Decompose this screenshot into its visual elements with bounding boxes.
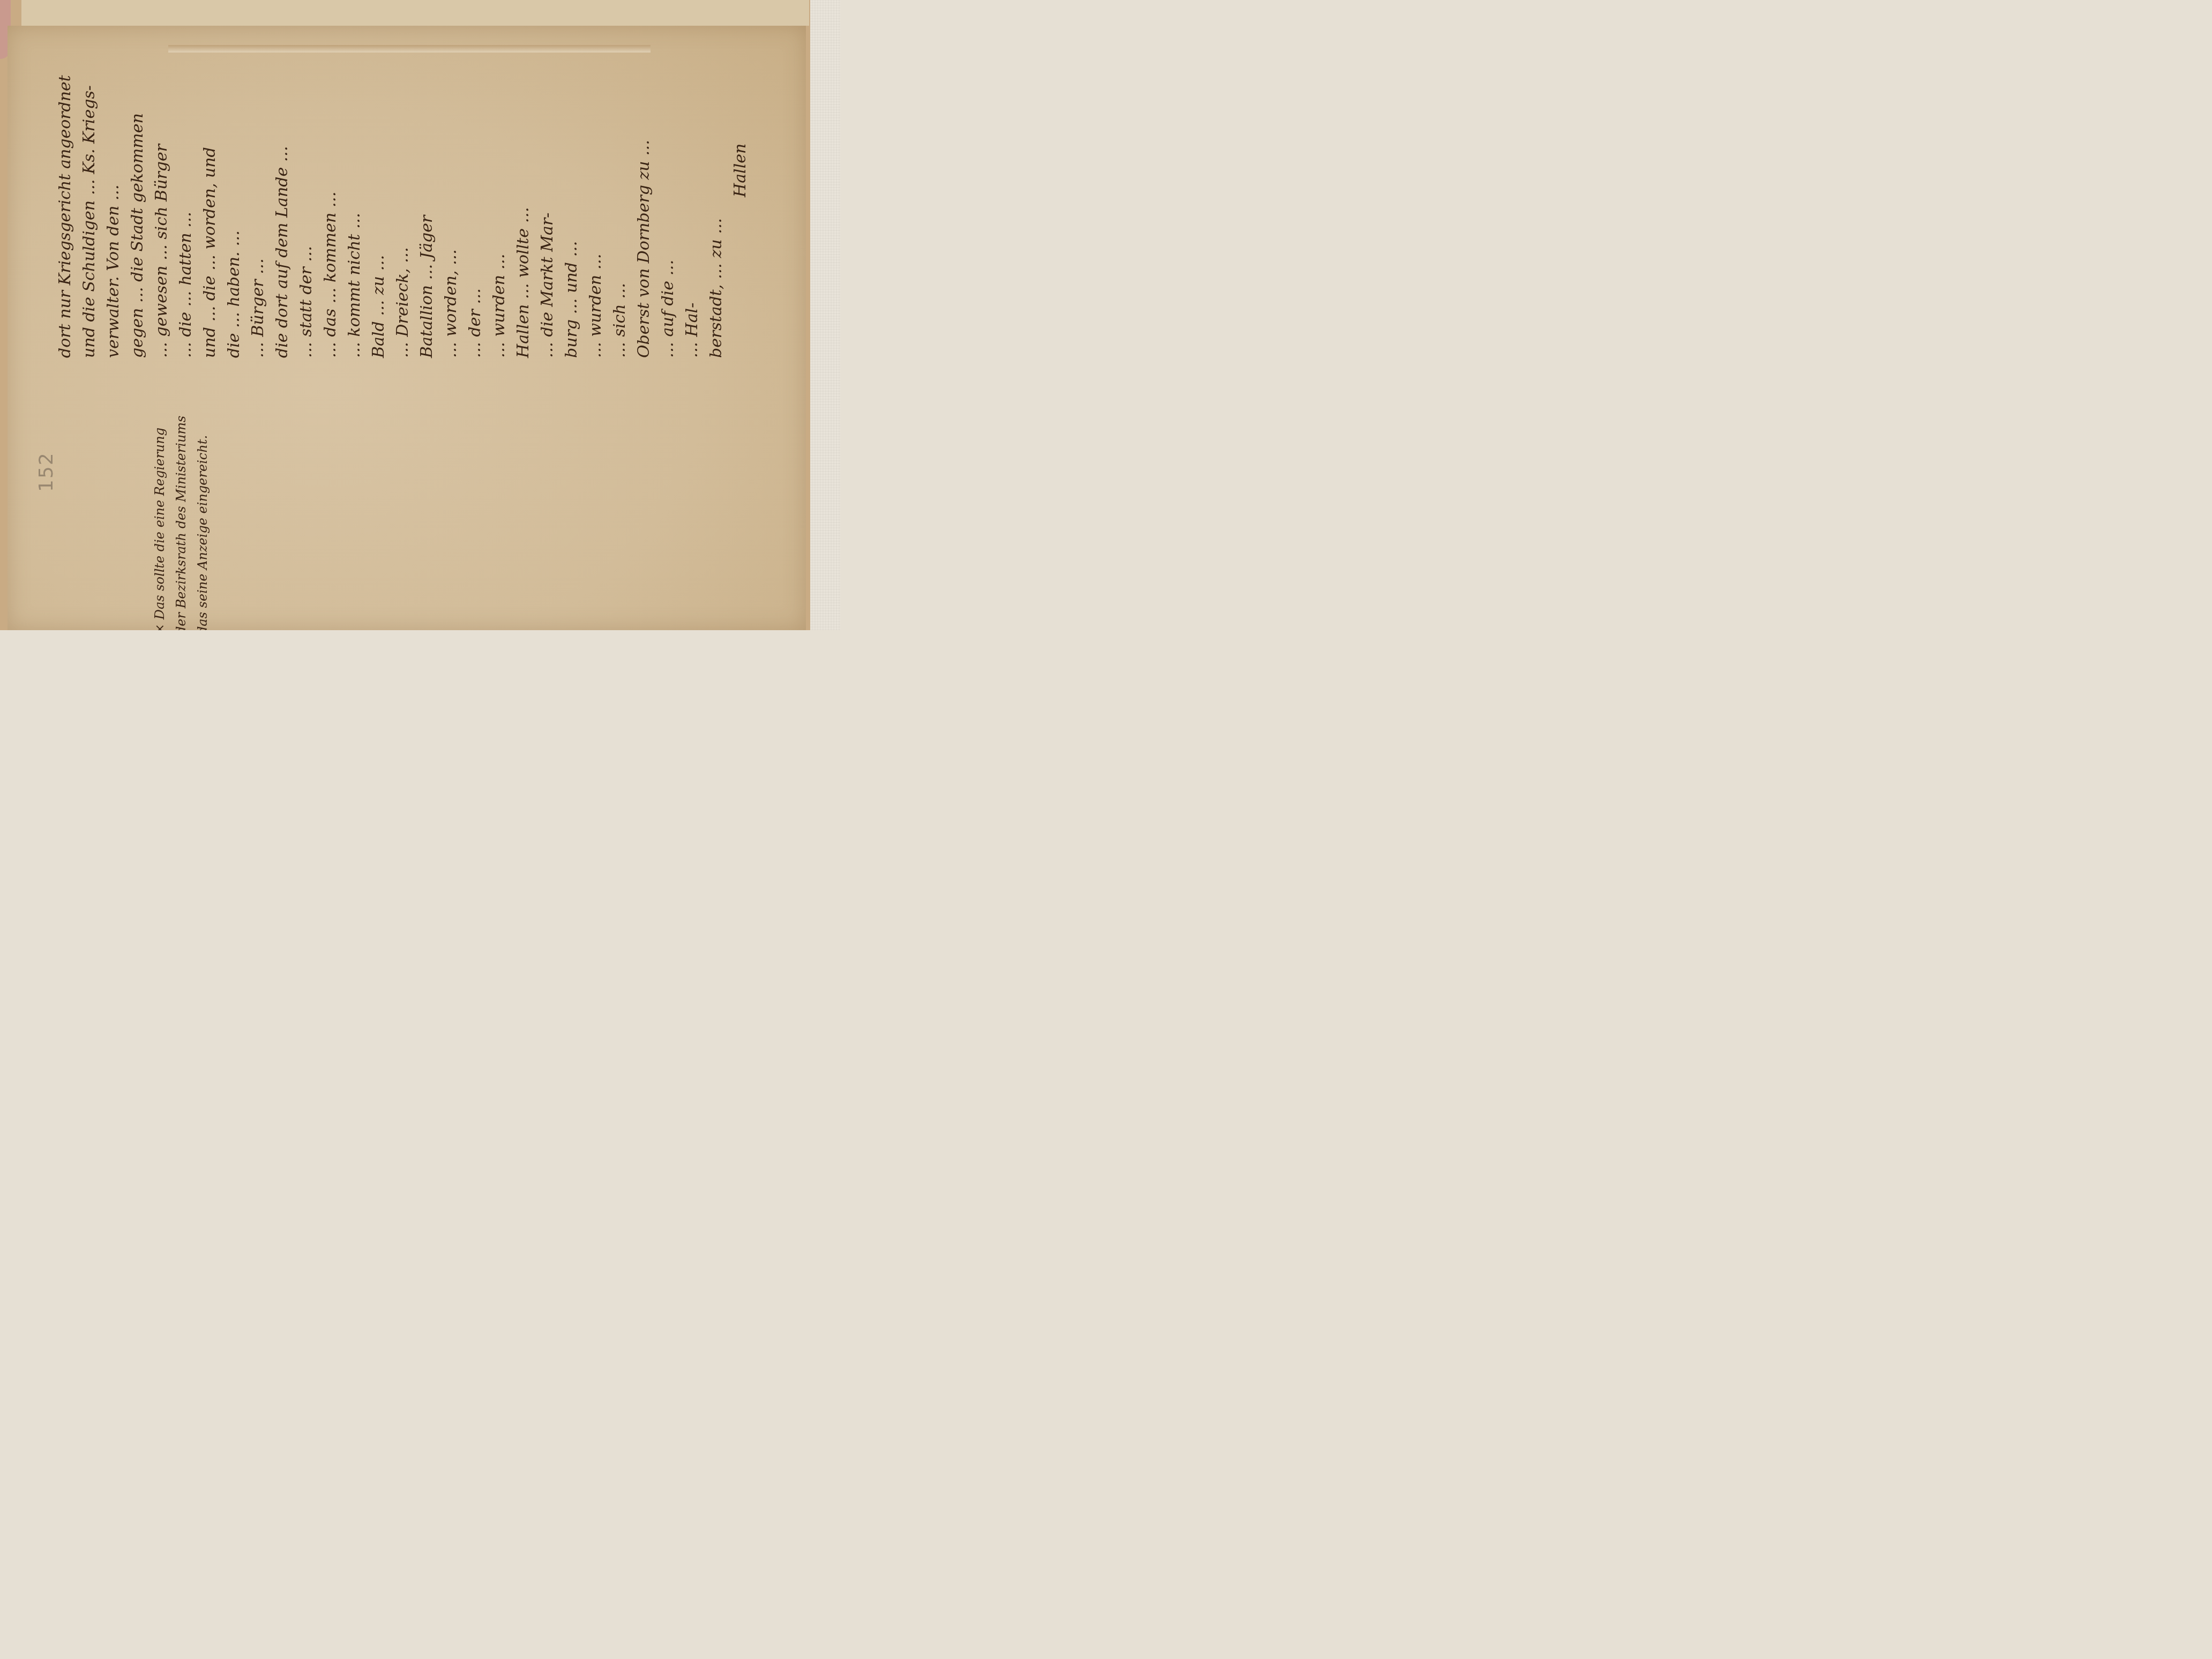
manuscript-page: 152 dort nur Kriegsgericht angeordnet un… — [8, 26, 806, 630]
footnote-line: das seine Anzeige eingereicht. — [195, 435, 210, 630]
text-line: Oberst von Dornberg zu … — [634, 140, 653, 358]
text-line: … Hal- — [683, 303, 701, 358]
page-number: 152 — [35, 452, 57, 492]
text-line: die dort auf dem Lande … — [273, 146, 292, 358]
text-line: die … haben. … — [225, 230, 243, 358]
text-line: Batallion … Jäger — [417, 215, 436, 358]
text-line: … das … kommen … — [321, 191, 340, 358]
text-line: … kommt nicht … — [345, 213, 364, 358]
text-line: berstadt, … zu … — [707, 218, 726, 358]
footnote-line: der Bezirksrath des Ministeriums — [174, 416, 189, 630]
text-line: … worden, … — [442, 249, 460, 358]
footnote-line: × Das sollte die eine Regierung — [152, 428, 167, 630]
text-line: Hallen — [731, 144, 750, 197]
text-line: verwalter. Von den … — [104, 184, 123, 358]
text-line: … auf die … — [659, 260, 677, 358]
text-line: … der … — [466, 288, 484, 358]
text-line: … gewesen … sich Bürger — [152, 144, 171, 358]
text-line: Bald … zu … — [369, 255, 388, 358]
main-text-block: dort nur Kriegsgericht angeordnet und di… — [50, 58, 779, 358]
text-line: dort nur Kriegsgericht angeordnet — [56, 75, 74, 358]
text-line: burg … und … — [562, 241, 581, 358]
text-line: … die Markt Mar- — [538, 213, 557, 358]
facing-page-edge — [21, 0, 809, 26]
text-line: … Bürger … — [249, 258, 267, 358]
text-line: und … die … worden, und — [200, 147, 219, 358]
text-line: … wurden … — [490, 253, 509, 358]
text-line: … statt der … — [297, 246, 316, 358]
text-line: … die … hatten … — [176, 212, 195, 358]
text-line: … Dreieck, … — [393, 247, 412, 358]
text-line: und die Schuldigen … Ks. Kriegs- — [80, 85, 99, 358]
text-line: … sich … — [610, 283, 629, 358]
text-line: gegen … die Stadt gekommen — [128, 113, 147, 358]
binding-stitch — [168, 45, 651, 53]
text-line: Hallen … wollte … — [514, 207, 533, 358]
text-line: … wurden … — [586, 253, 605, 358]
